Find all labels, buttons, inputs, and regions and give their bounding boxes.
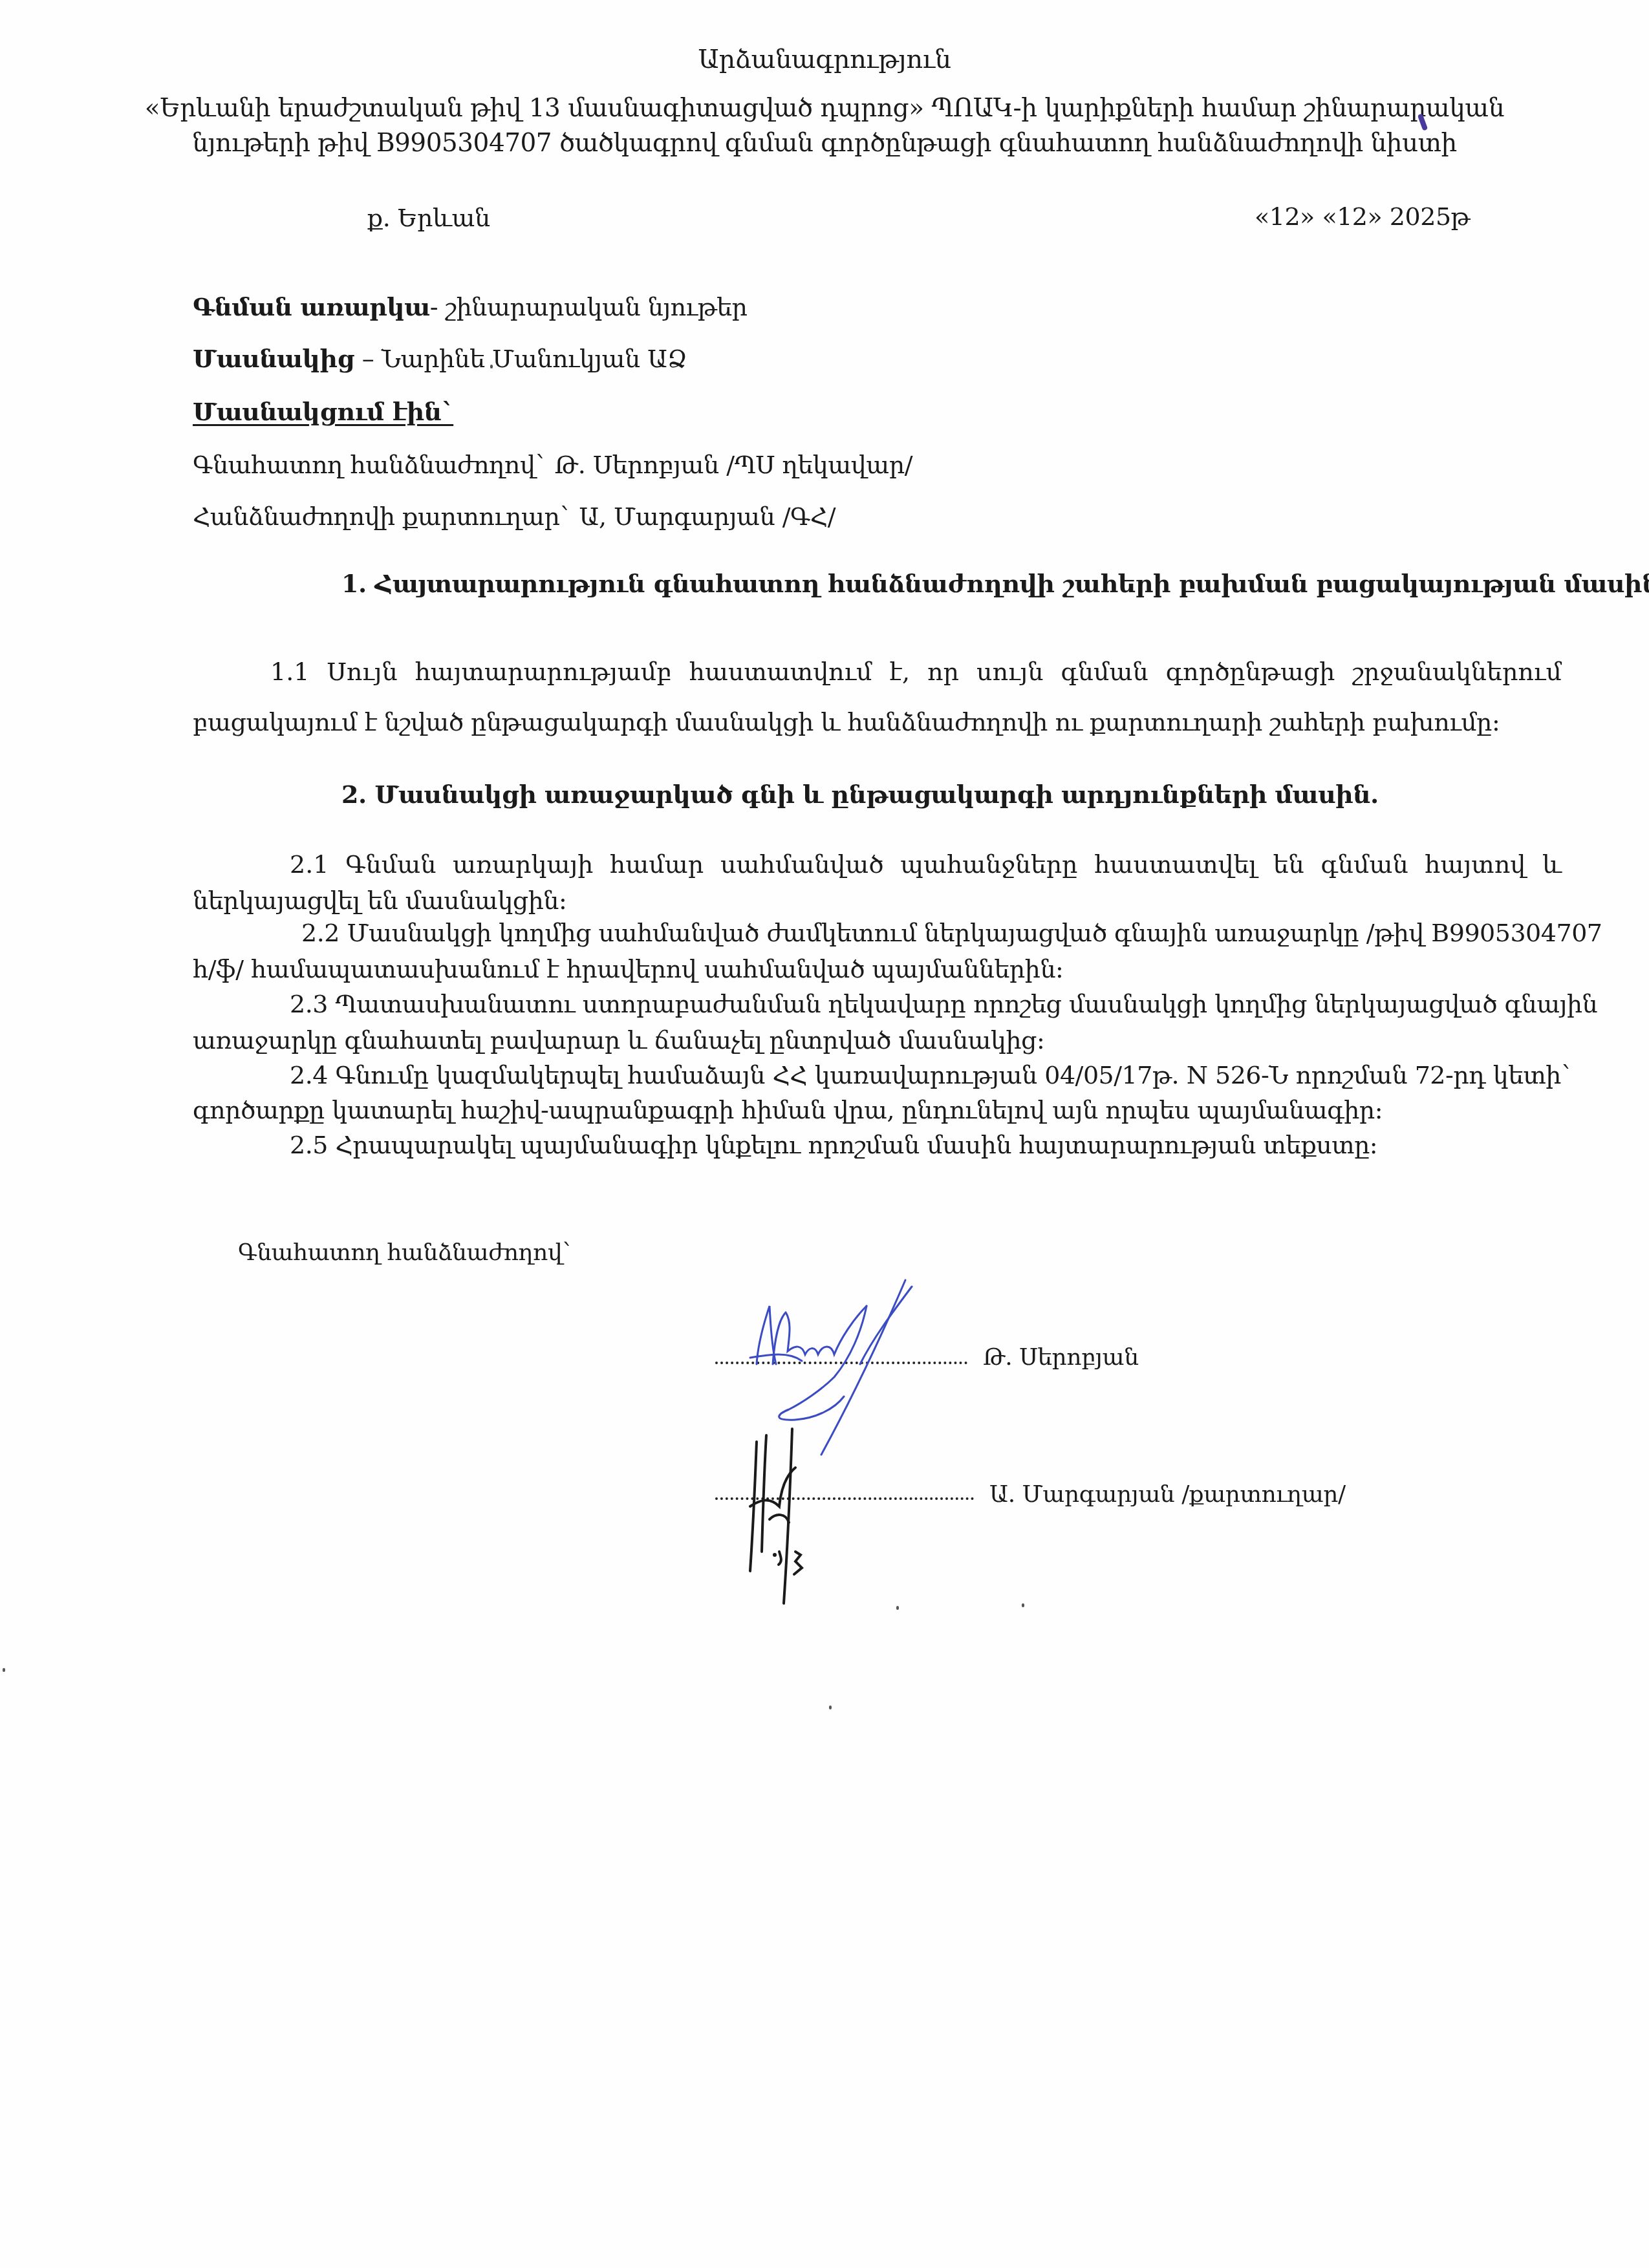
document-subtitle-line2: նյութերի թիվ B9905304707 ծածկագրով գնման… xyxy=(0,131,1649,156)
document-date: «12» «12» 2025թ xyxy=(1255,204,1470,229)
paragraph-2-2-line1: 2.2 Մասնակցի կողմից սահմանված ժամկետում … xyxy=(301,921,1602,945)
attendee-committee: Գնահատող հանձնաժողով` Թ. Սերոբյան /ՊՍ ղե… xyxy=(193,453,912,477)
word: շրջանակներում xyxy=(1352,659,1561,684)
scan-speck xyxy=(1022,1603,1024,1607)
section-1-heading: 1. Հայտարարություն գնահատող հանձնաժողովի… xyxy=(341,572,1649,596)
word: 1.1 xyxy=(270,659,309,684)
word: հաստատվում xyxy=(689,659,872,684)
document-city: ք. Երևան xyxy=(367,206,490,230)
scan-speck xyxy=(829,1706,832,1709)
section-2-heading: 2. Մասնակցի առաջարկած գնի և ընթացակարգի … xyxy=(341,782,1379,807)
word: սահմանված xyxy=(720,852,884,877)
paragraph-2-1-line2: ներկայացվել են մասնակցին: xyxy=(193,888,566,913)
word: առարկայի xyxy=(453,852,593,877)
word: գնման xyxy=(1061,659,1148,684)
paragraph-2-5: 2.5 Հրապարակել պայմանագիր կնքելու որոշմա… xyxy=(290,1133,1377,1157)
participant-value: – Նարինե Մանուկյան ԱՁ xyxy=(354,345,687,373)
word: հայտարարությամբ xyxy=(415,659,672,684)
word: և xyxy=(1542,852,1562,877)
paragraph-2-3-line2: առաջարկը գնահատել բավարար և ճանաչել ընտր… xyxy=(193,1028,1044,1053)
paragraph-2-1-line1: 2.1 Գնման առարկայի համար սահմանված պահան… xyxy=(290,852,1562,877)
signer-1-name: Թ. Սերոբյան xyxy=(983,1346,1139,1369)
word: են xyxy=(1273,852,1304,877)
word: հաստատվել xyxy=(1094,852,1256,877)
scan-speck xyxy=(3,1668,5,1672)
signature-margaryan-icon xyxy=(731,1422,873,1616)
word: պահանջները xyxy=(900,852,1077,877)
word: որ xyxy=(927,659,959,684)
paragraph-1-1-line2: բացակայում է նշված ընթացակարգի մասնակցի … xyxy=(193,710,1500,734)
word: համար xyxy=(610,852,704,877)
word: գործընթացի xyxy=(1166,659,1335,684)
word: գնման xyxy=(1320,852,1408,877)
word: Սույն xyxy=(327,659,397,684)
scan-speck xyxy=(490,365,493,369)
procurement-subject: Գնման առարկա- շինարարական նյութեր xyxy=(193,295,748,319)
scan-speck xyxy=(896,1606,899,1610)
paragraph-2-4-line2: գործարքը կատարել հաշիվ-ապրանքագրի հիման … xyxy=(193,1098,1383,1122)
paragraph-2-4-line1: 2.4 Գնումը կազմակերպել համաձայն ՀՀ կառավ… xyxy=(290,1063,1569,1087)
word: սույն xyxy=(976,659,1043,684)
paragraph-2-3-line1: 2.3 Պատասխանատու ստորաբաժանման ղեկավարը … xyxy=(290,992,1597,1016)
procurement-subject-value: - շինարարական նյութեր xyxy=(430,293,748,321)
committee-signature-label: Գնահատող հանձնաժողով` xyxy=(238,1241,574,1265)
paragraph-2-2-line2: հ/ֆ/ համապատասխանում է հրավերով սահմանվա… xyxy=(193,957,1063,981)
word: հայտով xyxy=(1425,852,1525,877)
participant: Մասնակից – Նարինե Մանուկյան ԱՁ xyxy=(193,347,687,371)
word: 2.1 xyxy=(290,852,329,877)
word: Գնման xyxy=(345,852,436,877)
word: է, xyxy=(890,659,910,684)
paragraph-1-1-line1: 1.1 Սույն հայտարարությամբ հաստատվում է, … xyxy=(270,659,1562,684)
signer-2-name: Ա. Մարգարյան /քարտուղար/ xyxy=(989,1483,1346,1506)
document-page: Արձանագրություն «Երևանի երաժշտական թիվ 1… xyxy=(0,0,1649,2268)
attendees-label: Մասնակցում էին` xyxy=(193,400,453,424)
attendee-secretary: Հանձնաժողովի քարտուղար` Ա, Մարգարյան /ԳՀ… xyxy=(193,504,835,529)
document-subtitle-line1: «Երևանի երաժշտական թիվ 13 մասնագիտացված … xyxy=(0,96,1649,121)
participant-label: Մասնակից xyxy=(193,344,354,373)
document-title: Արձանագրություն xyxy=(0,47,1649,72)
procurement-subject-label: Գնման առարկա xyxy=(193,292,430,321)
